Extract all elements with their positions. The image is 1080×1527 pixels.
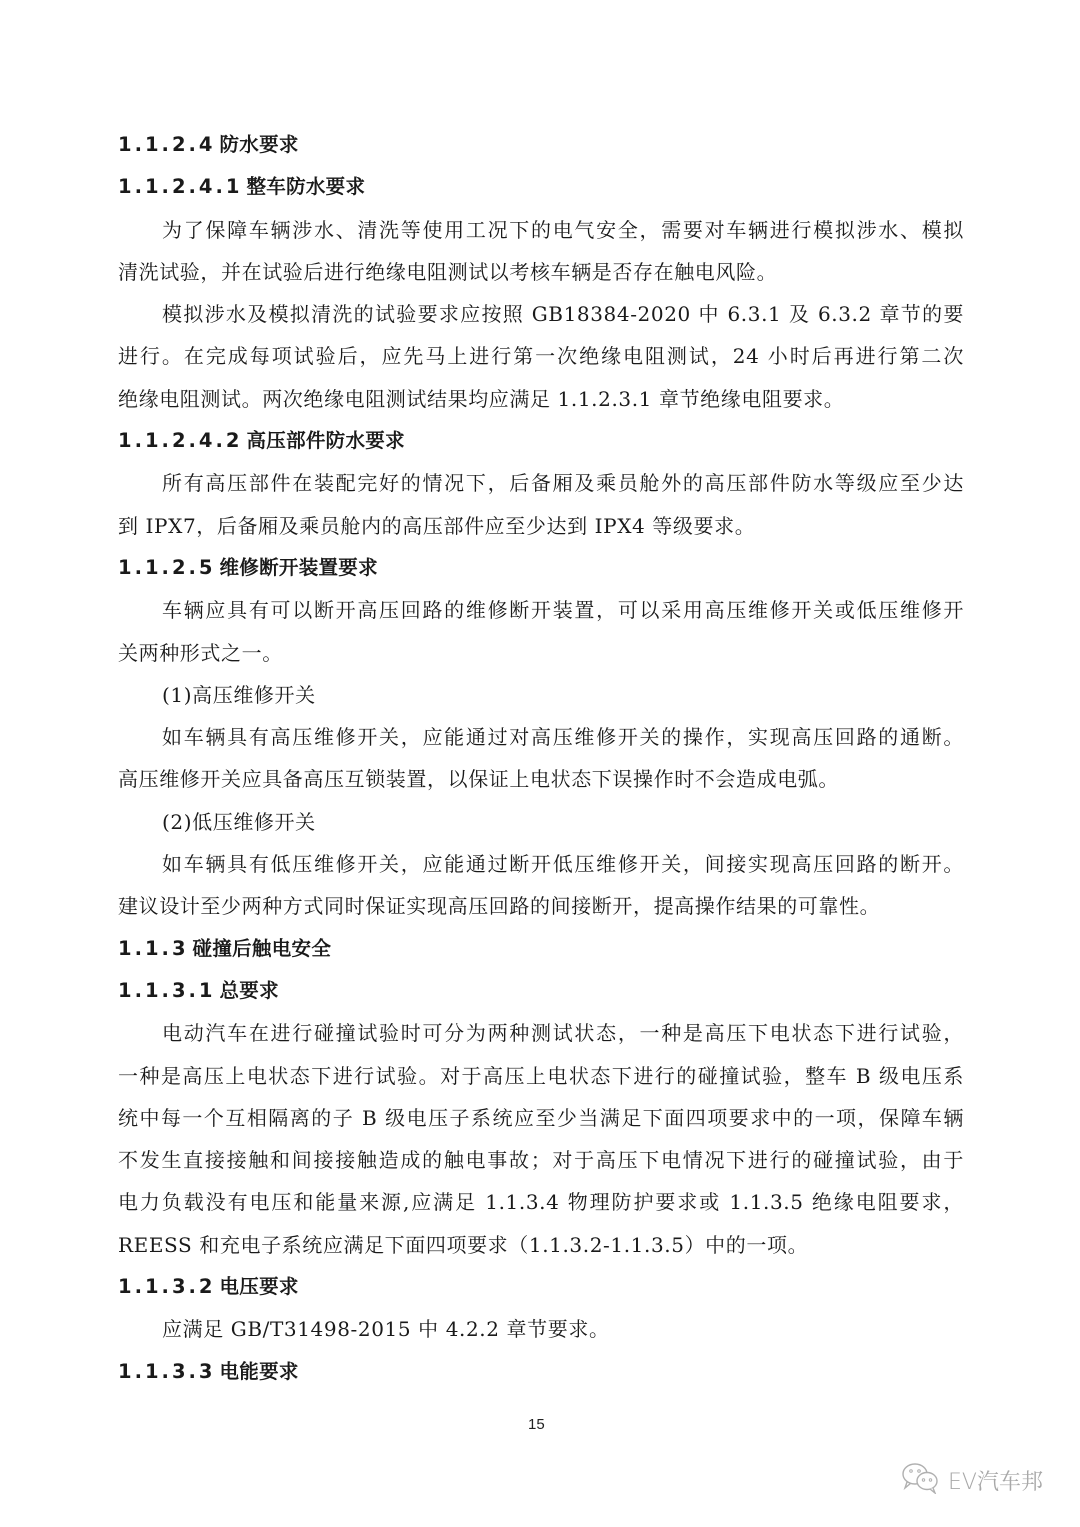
section-heading: 1.1.2.4防水要求 bbox=[118, 124, 964, 166]
paragraph: 所有高压部件在装配完好的情况下，后备厢及乘员舱外的高压部件防水等级应至少达 到 … bbox=[118, 462, 964, 547]
page-number: 15 bbox=[528, 1416, 545, 1433]
section-heading: 1.1.2.5维修断开装置要求 bbox=[118, 547, 964, 589]
list-item: (2)低压维修开关 bbox=[118, 801, 964, 843]
watermark-text: EV汽车邦 bbox=[948, 1465, 1043, 1496]
paragraph: 为了保障车辆涉水、清洗等使用工况下的电气安全，需要对车辆进行模拟涉水、模拟 清洗… bbox=[118, 209, 964, 294]
paragraph: 电动汽车在进行碰撞试验时可分为两种测试状态，一种是高压下电状态下进行试验， 一种… bbox=[118, 1012, 964, 1266]
section-heading: 1.1.3.1总要求 bbox=[118, 970, 964, 1012]
paragraph: 车辆应具有可以断开高压回路的维修断开装置，可以采用高压维修开关或低压维修开 关两… bbox=[118, 589, 964, 674]
document-body: 1.1.2.4防水要求 1.1.2.4.1整车防水要求 为了保障车辆涉水、清洗等… bbox=[118, 124, 964, 1393]
section-heading: 1.1.3碰撞后触电安全 bbox=[118, 928, 964, 970]
section-heading: 1.1.3.2电压要求 bbox=[118, 1266, 964, 1308]
paragraph: 模拟涉水及模拟清洗的试验要求应按照 GB18384-2020 中 6.3.1 及… bbox=[118, 293, 964, 420]
paragraph: 应满足 GB/T31498-2015 中 4.2.2 章节要求。 bbox=[118, 1308, 964, 1350]
paragraph: 如车辆具有高压维修开关，应能通过对高压维修开关的操作，实现高压回路的通断。 高压… bbox=[118, 716, 964, 801]
paragraph: 如车辆具有低压维修开关，应能通过断开低压维修开关，间接实现高压回路的断开。 建议… bbox=[118, 843, 964, 928]
list-item: (1)高压维修开关 bbox=[118, 674, 964, 716]
section-heading: 1.1.2.4.1整车防水要求 bbox=[118, 166, 964, 208]
watermark: EV汽车邦 bbox=[900, 1462, 1043, 1498]
section-heading: 1.1.3.3电能要求 bbox=[118, 1351, 964, 1393]
section-heading: 1.1.2.4.2高压部件防水要求 bbox=[118, 420, 964, 462]
wechat-icon bbox=[900, 1462, 942, 1498]
